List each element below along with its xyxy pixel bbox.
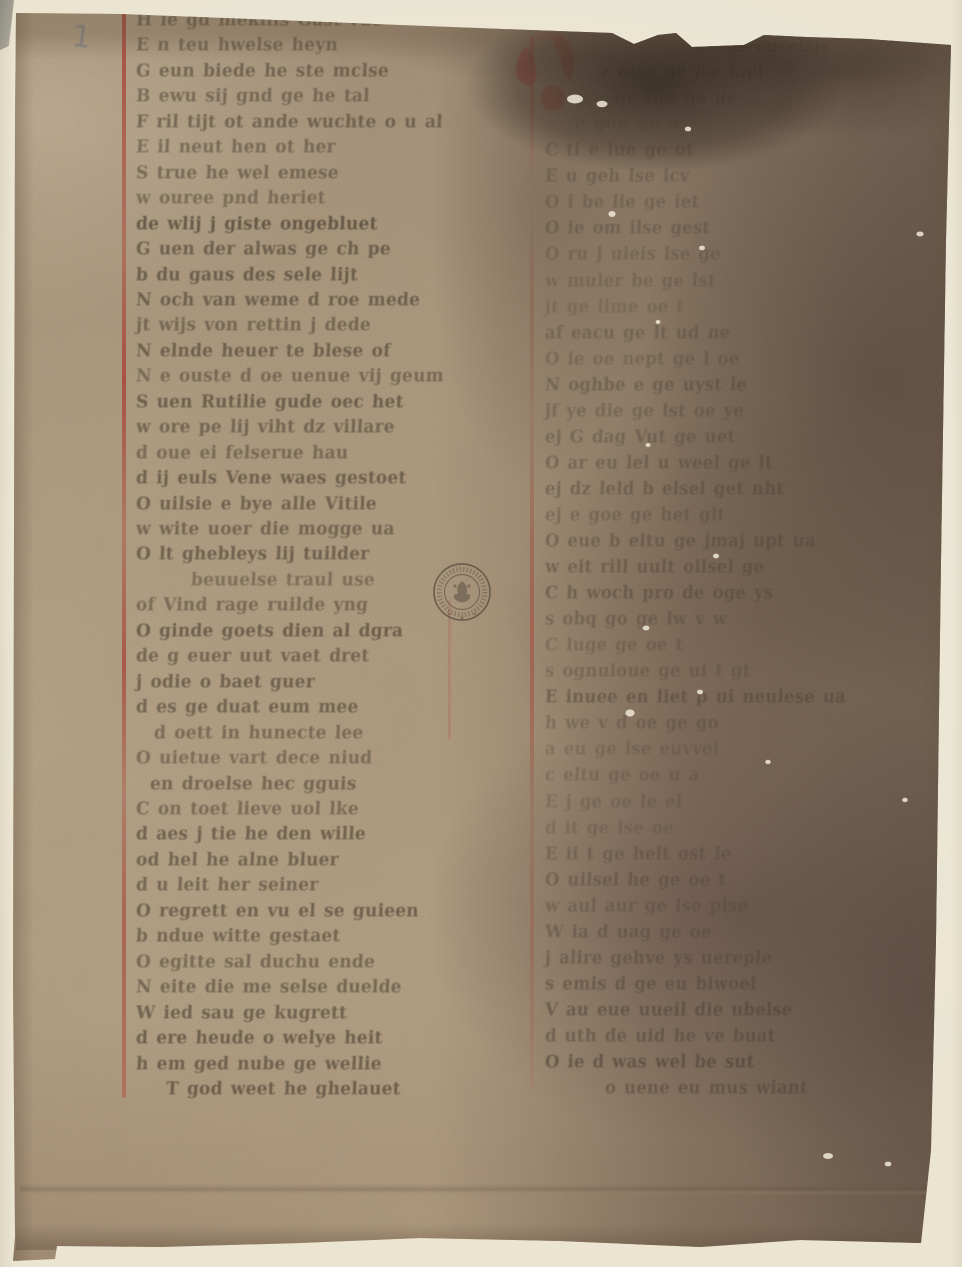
parchment-grain-texture (0, 0, 962, 1267)
manuscript-leaf: 1 H ie gd mekliis Gast vueE n teu hwelse… (0, 0, 962, 1267)
scan-background: 1 H ie gd mekliis Gast vueE n teu hwelse… (0, 0, 962, 1267)
